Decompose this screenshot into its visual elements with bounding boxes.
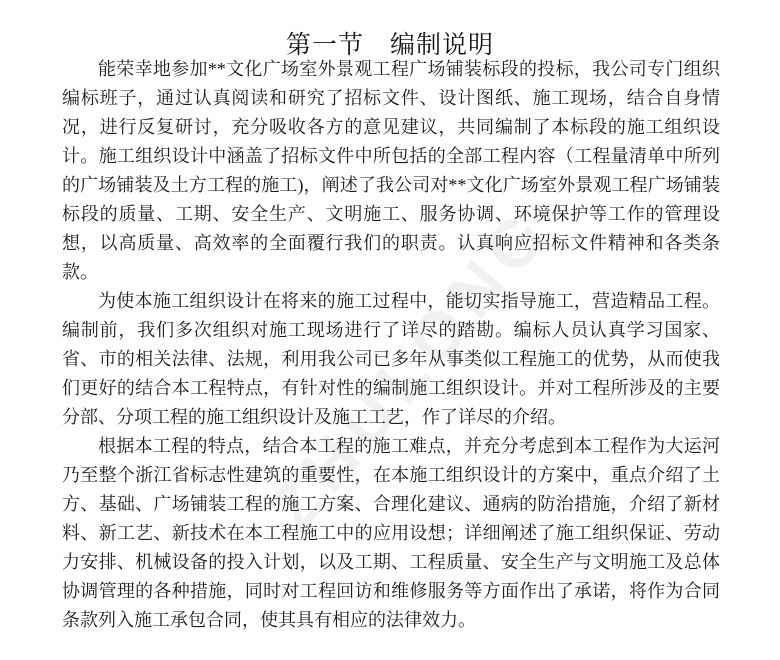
paragraph-2: 为使本施工组织设计在将来的施工过程中，能切实指导施工，营造精品工程。编制前，我们… [62, 287, 720, 432]
document-body: 能荣幸地参加**文化广场室外景观工程广场铺装标段的投标，我公司专门组织编标班子，… [62, 55, 720, 635]
document-page: ZHULONG 第一节 编制说明 能荣幸地参加**文化广场室外景观工程广场铺装标… [0, 0, 780, 660]
paragraph-3: 根据本工程的特点，结合本工程的施工难点，并充分考虑到本工程作为大运河乃至整个浙江… [62, 432, 720, 635]
paragraph-1: 能荣幸地参加**文化广场室外景观工程广场铺装标段的投标，我公司专门组织编标班子，… [62, 55, 720, 287]
